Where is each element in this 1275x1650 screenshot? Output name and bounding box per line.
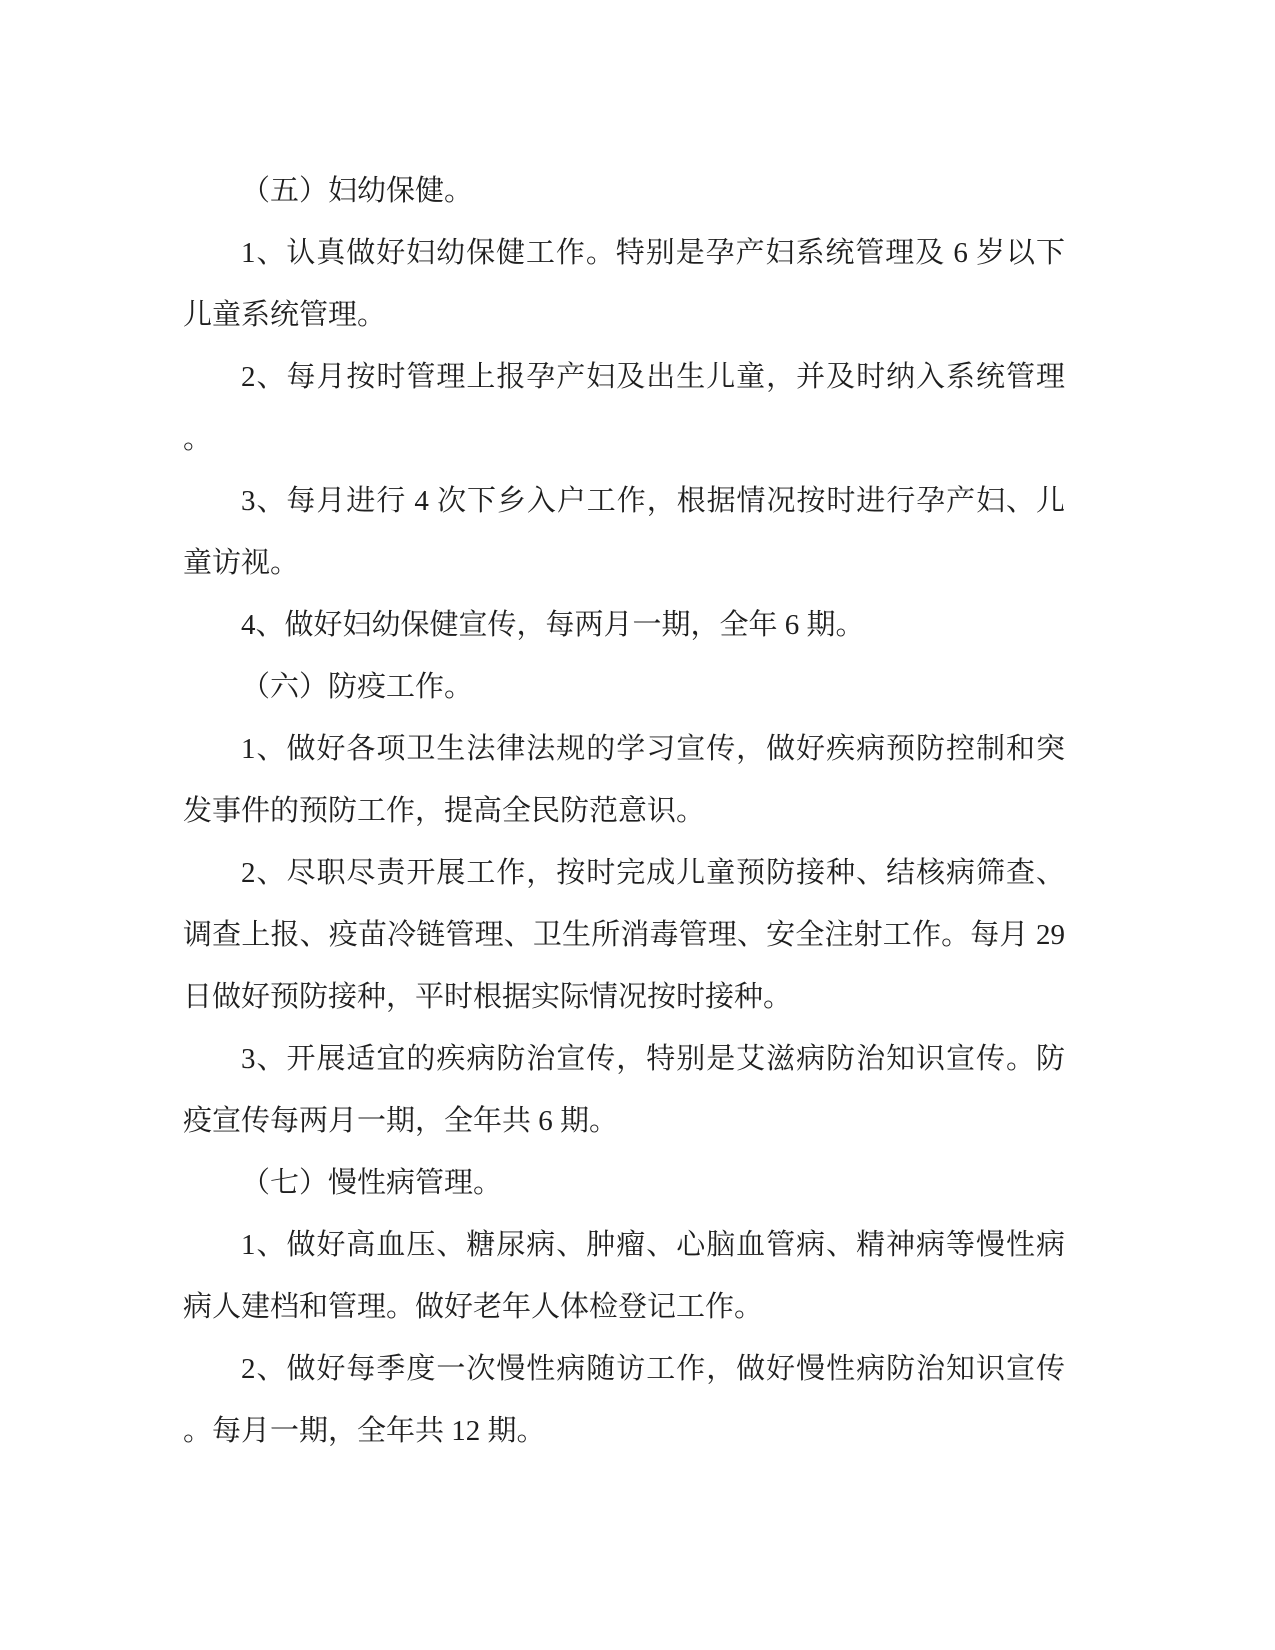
paragraph: 4、做好妇幼保健宣传，每两月一期，全年 6 期。 [183, 594, 1065, 656]
paragraph-section-heading: （五）妇幼保健。 [183, 160, 1065, 222]
paragraph: 2、每月按时管理上报孕产妇及出生儿童，并及时纳入系统管理。 [183, 346, 1065, 470]
paragraph: 3、每月进行 4 次下乡入户工作，根据情况按时进行孕产妇、儿童访视。 [183, 470, 1065, 594]
document-body: （五）妇幼保健。 1、认真做好妇幼保健工作。特别是孕产妇系统管理及 6 岁以下儿… [183, 160, 1065, 1462]
paragraph: 1、做好各项卫生法律法规的学习宣传，做好疾病预防控制和突发事件的预防工作，提高全… [183, 718, 1065, 842]
paragraph: 2、尽职尽责开展工作，按时完成儿童预防接种、结核病筛查、调查上报、疫苗冷链管理、… [183, 842, 1065, 1028]
paragraph-section-heading: （七）慢性病管理。 [183, 1152, 1065, 1214]
document-page: （五）妇幼保健。 1、认真做好妇幼保健工作。特别是孕产妇系统管理及 6 岁以下儿… [0, 0, 1275, 1650]
paragraph: 3、开展适宜的疾病防治宣传，特别是艾滋病防治知识宣传。防疫宣传每两月一期，全年共… [183, 1028, 1065, 1152]
paragraph-section-heading: （六）防疫工作。 [183, 656, 1065, 718]
paragraph: 1、认真做好妇幼保健工作。特别是孕产妇系统管理及 6 岁以下儿童系统管理。 [183, 222, 1065, 346]
paragraph: 1、做好高血压、糖尿病、肿瘤、心脑血管病、精神病等慢性病病人建档和管理。做好老年… [183, 1214, 1065, 1338]
paragraph: 2、做好每季度一次慢性病随访工作，做好慢性病防治知识宣传。每月一期，全年共 12… [183, 1338, 1065, 1462]
